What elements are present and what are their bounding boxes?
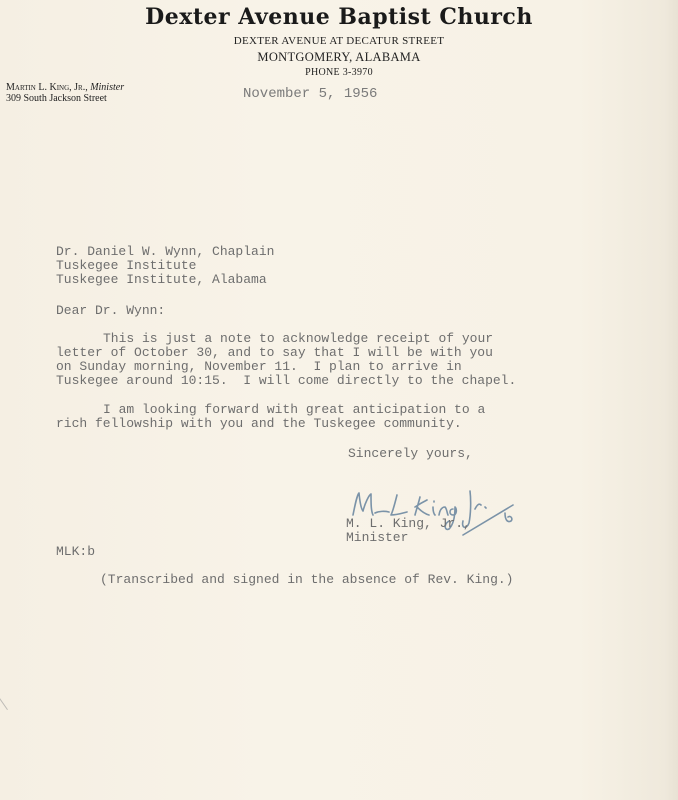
letterhead-city: MONTGOMERY, ALABAMA xyxy=(0,50,678,65)
letter-date: November 5, 1956 xyxy=(243,86,377,102)
minister-address: 309 South Jackson Street xyxy=(6,93,124,104)
paper-mark xyxy=(0,698,8,710)
reference-initials: MLK:b xyxy=(56,544,95,559)
minister-name: Martin L. King, Jr., xyxy=(6,82,88,93)
letter-page: Dexter Avenue Baptist Church DEXTER AVEN… xyxy=(0,0,678,800)
letterhead-street: DEXTER AVENUE AT DECATUR STREET xyxy=(0,35,678,47)
salutation: Dear Dr. Wynn: xyxy=(56,303,165,318)
body-line: on Sunday morning, November 11. I plan t… xyxy=(56,360,462,374)
letterhead-phone: PHONE 3-3970 xyxy=(0,67,678,78)
recipient-line-3: Tuskegee Institute, Alabama xyxy=(56,273,267,287)
recipient-line-2: Tuskegee Institute xyxy=(56,259,196,273)
recipient-line-1: Dr. Daniel W. Wynn, Chaplain xyxy=(56,245,274,259)
body-line: This is just a note to acknowledge recei… xyxy=(103,332,493,346)
body-line: Tuskegee around 10:15. I will come direc… xyxy=(56,374,516,388)
transcription-note: (Transcribed and signed in the absence o… xyxy=(100,572,513,587)
closing: Sincerely yours, xyxy=(348,446,473,461)
body-line: rich fellowship with you and the Tuskege… xyxy=(56,417,462,431)
signer-title: Minister xyxy=(346,530,408,545)
minister-title: Minister xyxy=(90,82,124,93)
letterhead-title: Dexter Avenue Baptist Church xyxy=(0,4,678,30)
body-line: I am looking forward with great anticipa… xyxy=(103,403,485,417)
minister-block: Martin L. King, Jr., Minister 309 South … xyxy=(6,82,124,104)
body-line: letter of October 30, and to say that I … xyxy=(56,346,493,360)
signer-name: M. L. King, Jr., xyxy=(346,516,471,531)
